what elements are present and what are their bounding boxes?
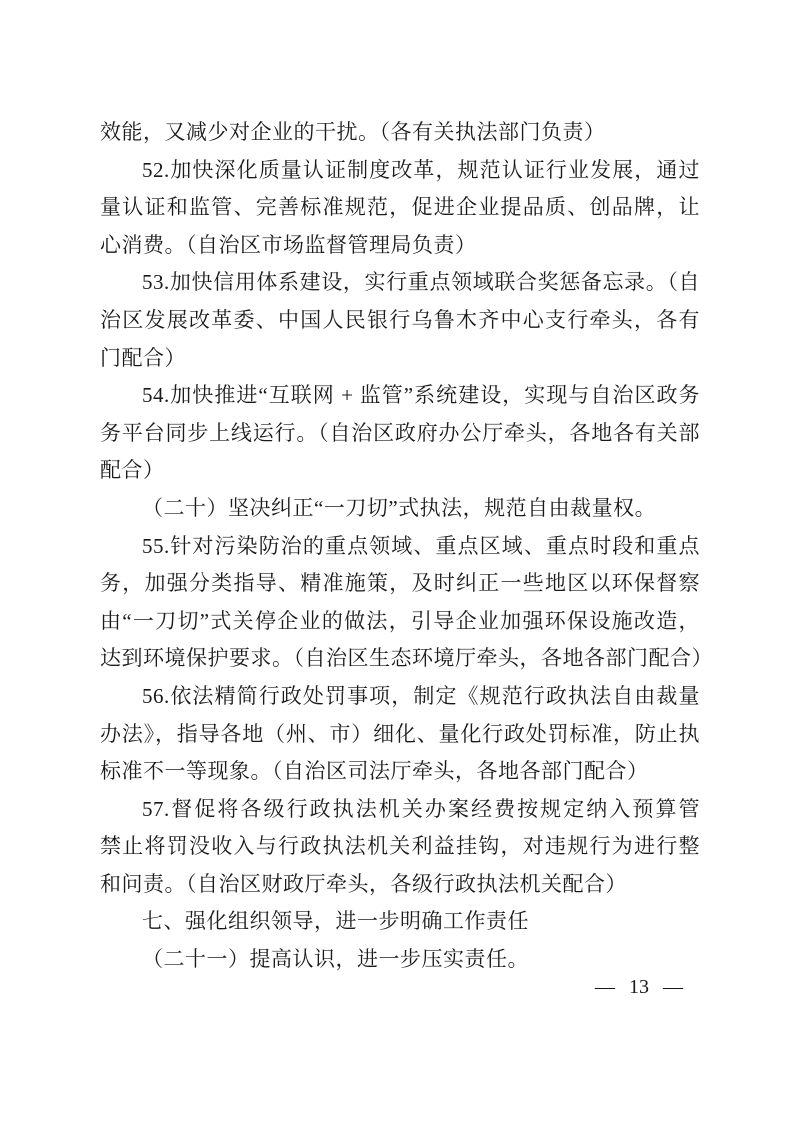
page-number: — 13 — bbox=[595, 974, 683, 1000]
text-line: 达到环境保护要求。（自治区生态环境厅牵头，各地各部门配合） bbox=[100, 640, 700, 678]
text-line: 量认证和监管、完善标准规范，促进企业提品质、创品牌，让群众放 bbox=[100, 189, 700, 227]
document-page: 效能，又减少对企业的干扰。（各有关执法部门负责）52.加快深化质量认证制度改革，… bbox=[0, 0, 793, 1122]
item-54: 54.加快推进“互联网 + 监管”系统建设，实现与自治区政务服务平台同步上线运行… bbox=[100, 377, 700, 490]
text-line: 门配合） bbox=[100, 340, 700, 378]
item-55: 55.针对污染防治的重点领域、重点区域、重点时段和重点任务，加强分类指导、精准施… bbox=[100, 528, 700, 678]
item-56: 56.依法精简行政处罚事项，制定《规范行政执法自由裁量权办法》，指导各地（州、市… bbox=[100, 678, 700, 791]
text-line: 务，加强分类指导、精准施策，及时纠正一些地区以环保督察检查为 bbox=[100, 565, 700, 603]
document-body: 效能，又减少对企业的干扰。（各有关执法部门负责）52.加快深化质量认证制度改革，… bbox=[100, 114, 700, 979]
text-line: （二十）坚决纠正“一刀切”式执法，规范自由裁量权。 bbox=[100, 490, 700, 528]
item-52: 52.加快深化质量认证制度改革，规范认证行业发展，通过质量认证和监管、完善标准规… bbox=[100, 152, 700, 265]
heading-part-7: 七、强化组织领导，进一步明确工作责任 bbox=[100, 903, 700, 941]
text-line: 禁止将罚没收入与行政执法机关利益挂钩，对违规行为进行整改 bbox=[100, 828, 700, 866]
page-number-left-dash: — bbox=[595, 974, 615, 1000]
text-line: 务平台同步上线运行。（自治区政府办公厅牵头，各地各有关部门 bbox=[100, 415, 700, 453]
text-line: 配合） bbox=[100, 452, 700, 490]
text-line: 55.针对污染防治的重点领域、重点区域、重点时段和重点任 bbox=[100, 528, 700, 566]
text-line: 心消费。（自治区市场监督管理局负责） bbox=[100, 227, 700, 265]
para-51-continuation: 效能，又减少对企业的干扰。（各有关执法部门负责） bbox=[100, 114, 700, 152]
text-line: 七、强化组织领导，进一步明确工作责任 bbox=[100, 903, 700, 941]
item-53: 53.加快信用体系建设，实行重点领域联合奖惩备忘录。（自治区发展改革委、中国人民… bbox=[100, 264, 700, 377]
text-line: 效能，又减少对企业的干扰。（各有关执法部门负责） bbox=[100, 114, 700, 152]
text-line: 53.加快信用体系建设，实行重点领域联合奖惩备忘录。（自 bbox=[100, 264, 700, 302]
text-line: 52.加快深化质量认证制度改革，规范认证行业发展，通过质 bbox=[100, 152, 700, 190]
text-line: 和问责。（自治区财政厅牵头，各级行政执法机关配合） bbox=[100, 866, 700, 904]
text-line: 56.依法精简行政处罚事项，制定《规范行政执法自由裁量权 bbox=[100, 678, 700, 716]
heading-section-20: （二十）坚决纠正“一刀切”式执法，规范自由裁量权。 bbox=[100, 490, 700, 528]
text-line: 标准不一等现象。（自治区司法厅牵头，各地各部门配合） bbox=[100, 753, 700, 791]
text-line: 由“一刀切”式关停企业的做法，引导企业加强环保设施改造，限期 bbox=[100, 603, 700, 641]
text-line: 57.督促将各级行政执法机关办案经费按规定纳入预算管理， bbox=[100, 791, 700, 829]
text-line: 54.加快推进“互联网 + 监管”系统建设，实现与自治区政务服 bbox=[100, 377, 700, 415]
item-57: 57.督促将各级行政执法机关办案经费按规定纳入预算管理，禁止将罚没收入与行政执法… bbox=[100, 791, 700, 904]
text-line: 办法》，指导各地（州、市）细化、量化行政处罚标准，防止执法随意、 bbox=[100, 716, 700, 754]
page-number-value: 13 bbox=[629, 974, 649, 1000]
page-number-right-dash: — bbox=[663, 974, 683, 1000]
text-line: 治区发展改革委、中国人民银行乌鲁木齐中心支行牵头，各有关部 bbox=[100, 302, 700, 340]
